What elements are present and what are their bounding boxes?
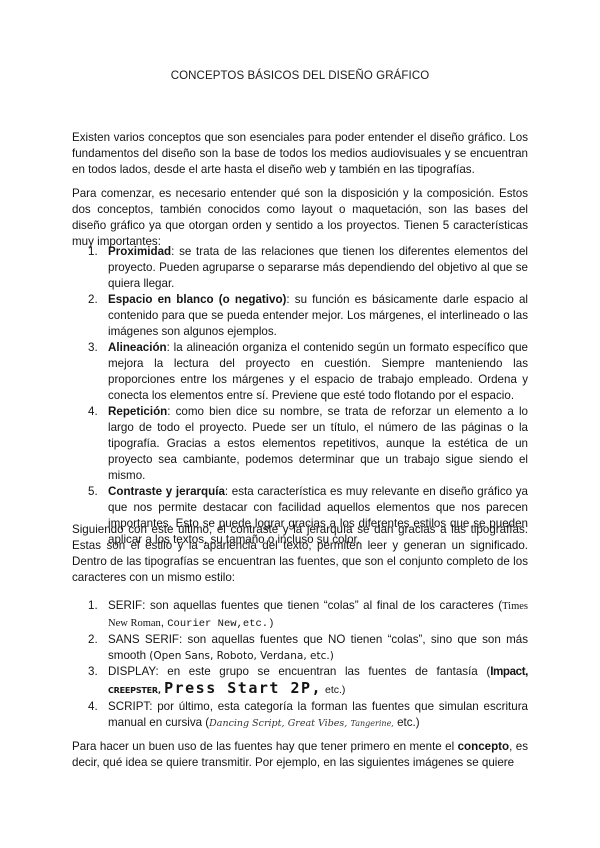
list-item-espacio: 2.Espacio en blanco (o negativo): su fun… — [72, 292, 528, 340]
document-title: CONCEPTOS BÁSICOS DEL DISEÑO GRÁFICO — [0, 70, 600, 82]
font-sample-courier: Courier New — [167, 618, 236, 630]
term-concepto: concepto — [458, 740, 510, 753]
list-number: 1. — [88, 598, 98, 614]
list-item-text: DISPLAY: en este grupo se encuentran las… — [108, 665, 490, 678]
list-item-alineacion: 3.Alineación: la alineación organiza el … — [72, 340, 528, 404]
list-item-outro: ,etc.) — [237, 618, 275, 630]
list-item-proximidad: 1.Proximidad: se trata de las relaciones… — [72, 244, 528, 292]
list-item-repeticion: 4.Repetición: como bien dice su nombre, … — [72, 404, 528, 484]
concept-paragraph: Para hacer un buen uso de las fuentes ha… — [72, 739, 528, 771]
typography-paragraph: Siguiendo con este último, el contraste … — [72, 522, 528, 586]
list-item-sans-serif: 2.SANS SERIF: son aquellas fuentes que N… — [72, 632, 528, 664]
list-item-text: SERIF: son aquellas fuentes que tienen “… — [108, 599, 502, 612]
list-item-text: : la alineación organiza el contenido se… — [108, 341, 528, 402]
term-espacio-en-blanco: Espacio en blanco (o negativo) — [108, 293, 286, 306]
list-number: 1. — [88, 244, 98, 260]
term-proximidad: Proximidad — [108, 245, 171, 258]
font-sample-creepster: CREEPSTER, — [108, 686, 161, 695]
font-sample-dancing-script: Dancing Script, — [209, 718, 284, 729]
list-number: 5. — [88, 484, 98, 500]
intro-paragraph: Existen varios conceptos que son esencia… — [72, 130, 528, 178]
list-item-display: 3.DISPLAY: en este grupo se encuentran l… — [72, 664, 528, 699]
font-types-list: 1.SERIF: son aquellas fuentes que tienen… — [72, 598, 528, 732]
list-number: 4. — [88, 699, 98, 715]
list-item-outro: etc.) — [322, 684, 345, 696]
list-number: 2. — [88, 632, 98, 648]
term-alineacion: Alineación — [108, 341, 167, 354]
list-number: 4. — [88, 404, 98, 420]
font-sample-sans: (Open Sans, Roboto, Verdana, etc.) — [149, 650, 334, 662]
font-sample-impact: Impact, — [490, 665, 528, 678]
characteristics-list: 1.Proximidad: se trata de las relaciones… — [72, 244, 528, 548]
term-contraste-jerarquia: Contraste y jerarquía — [108, 485, 225, 498]
list-number: 3. — [88, 664, 98, 680]
font-sample-tangerine: Tangerine, — [351, 719, 394, 728]
list-number: 2. — [88, 292, 98, 308]
list-number: 3. — [88, 340, 98, 356]
list-item-script: 4.SCRIPT: por último, esta categoría la … — [72, 699, 528, 732]
document-page: CONCEPTOS BÁSICOS DEL DISEÑO GRÁFICO Exi… — [0, 0, 600, 848]
font-sample-press-start: Press Start 2P, — [164, 679, 322, 697]
layout-paragraph: Para comenzar, es necesario entender qué… — [72, 186, 528, 250]
list-item-text: : como bien dice su nombre, se trata de … — [108, 405, 528, 482]
font-sample-great-vibes: Great Vibes, — [288, 718, 348, 729]
list-item-serif: 1.SERIF: son aquellas fuentes que tienen… — [72, 598, 528, 632]
list-item-outro: etc.) — [394, 716, 420, 729]
term-repeticion: Repetición — [108, 405, 167, 418]
paragraph-text: Para hacer un buen uso de las fuentes ha… — [72, 740, 458, 753]
list-item-text: : se trata de las relaciones que tienen … — [108, 245, 528, 290]
